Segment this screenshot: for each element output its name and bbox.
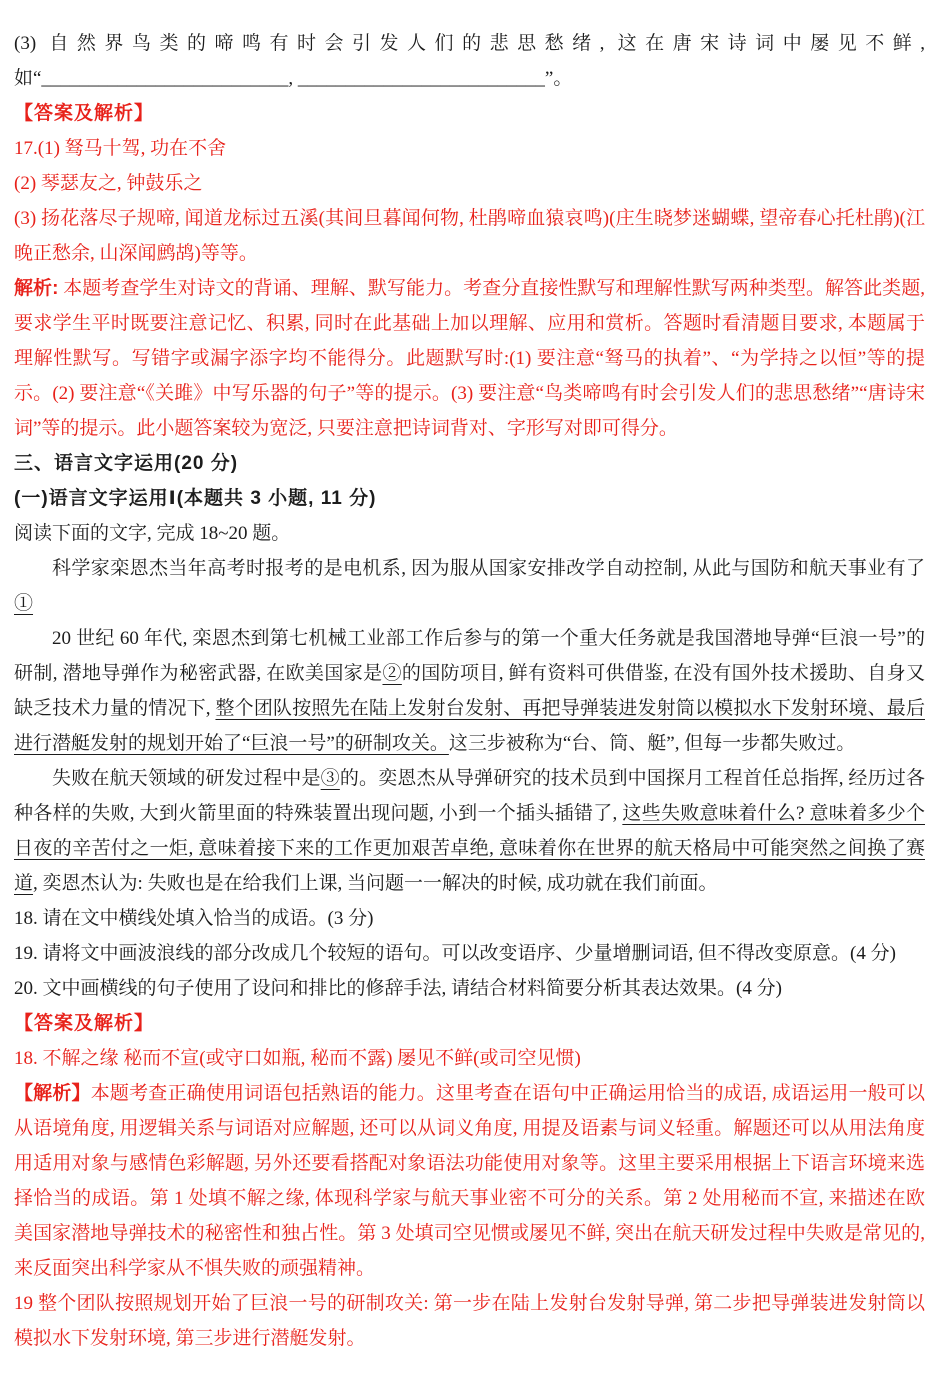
paragraph-17: 18. 不解之缘 秘而不宣(或守口如瓶, 秘而不露) 屡见不鲜(或司空见惯) xyxy=(14,1041,925,1076)
paragraph-4: (2) 琴瑟友之, 钟鼓乐之 xyxy=(14,166,925,201)
text-segment: (一)语言文字运用Ⅰ(本题共 3 小题, 11 分) xyxy=(14,488,376,509)
paragraph-5: (3) 扬花落尽子规啼, 闻道龙标过五溪(其间旦暮闻何物, 杜鹃啼血猿哀鸣)(庄… xyxy=(14,201,925,271)
paragraph-13: 18. 请在文中横线处填入恰当的成语。(3 分) xyxy=(14,901,925,936)
document-body: (3) 自然界鸟类的啼鸣有时会引发人们的悲思愁绪, 这在唐宋诗词中屡见不鲜, 如… xyxy=(14,26,925,1356)
text-segment: 解析: xyxy=(14,278,58,299)
text-segment: (3) 自然界鸟类的啼鸣有时会引发人们的悲思愁绪, 这在唐宋诗词中屡见不鲜, 如… xyxy=(14,33,925,89)
paragraph-2: 【答案及解析】 xyxy=(14,96,925,131)
text-segment: , 奕恩杰认为: 失败也是在给我们上课, 当问题一一解决的时候, 成功就在我们前… xyxy=(33,873,718,894)
underlined-text: ② xyxy=(382,663,401,684)
underlined-text: ③ xyxy=(321,768,340,789)
paragraph-16: 【答案及解析】 xyxy=(14,1006,925,1041)
text-segment: 19 整个团队按照规划开始了巨浪一号的研制攻关: 第一步在陆上发射台发射导弹, … xyxy=(14,1293,925,1349)
text-segment: 阅读下面的文字, 完成 18~20 题。 xyxy=(14,523,290,544)
paragraph-3: 17.(1) 驽马十驾, 功在不舍 xyxy=(14,131,925,166)
text-segment: 本题考查正确使用词语包括熟语的能力。这里考查在语句中正确运用恰当的成语, 成语运… xyxy=(14,1083,925,1279)
paragraph-1: (3) 自然界鸟类的啼鸣有时会引发人们的悲思愁绪, 这在唐宋诗词中屡见不鲜, 如… xyxy=(14,26,925,96)
text-segment: 17.(1) 驽马十驾, 功在不舍 xyxy=(14,138,226,159)
text-segment: 失败在航天领域的研发过程中是 xyxy=(52,768,321,789)
paragraph-7: 三、语言文字运用(20 分) xyxy=(14,446,925,481)
underlined-text: ① xyxy=(14,593,33,614)
text-segment: (2) 琴瑟友之, 钟鼓乐之 xyxy=(14,173,202,194)
text-segment: 这三步被称为“台、筒、艇”, 但每一步都失败过。 xyxy=(449,733,855,754)
paragraph-10: 科学家栾恩杰当年高考时报考的是电机系, 因为服从国家安排改学自动控制, 从此与国… xyxy=(14,551,925,621)
text-segment: (3) 扬花落尽子规啼, 闻道龙标过五溪(其间旦暮闻何物, 杜鹃啼血猿哀鸣)(庄… xyxy=(14,208,925,264)
text-segment: 18. 不解之缘 秘而不宣(或守口如瓶, 秘而不露) 屡见不鲜(或司空见惯) xyxy=(14,1048,581,1069)
text-segment: 18. 请在文中横线处填入恰当的成语。(3 分) xyxy=(14,908,373,929)
paragraph-6: 解析: 本题考查学生对诗文的背诵、理解、默写能力。考查分直接性默写和理解性默写两… xyxy=(14,271,925,446)
document-page: (3) 自然界鸟类的啼鸣有时会引发人们的悲思愁绪, 这在唐宋诗词中屡见不鲜, 如… xyxy=(0,0,939,1376)
text-segment: 20. 文中画横线的句子使用了设问和排比的修辞手法, 请结合材料简要分析其表达效… xyxy=(14,978,782,999)
paragraph-18: 【解析】本题考查正确使用词语包括熟语的能力。这里考查在语句中正确运用恰当的成语,… xyxy=(14,1076,925,1286)
text-segment: 【答案及解析】 xyxy=(14,1013,154,1034)
text-segment: 19. 请将文中画波浪线的部分改成几个较短的语句。可以改变语序、少量增删词语, … xyxy=(14,943,896,964)
text-segment: 本题考查学生对诗文的背诵、理解、默写能力。考查分直接性默写和理解性默写两种类型。… xyxy=(14,278,925,439)
paragraph-11: 20 世纪 60 年代, 栾恩杰到第七机械工业部工作后参与的第一个重大任务就是我… xyxy=(14,621,925,761)
paragraph-12: 失败在航天领域的研发过程中是③的。奕恩杰从导弹研究的技术员到中国探月工程首任总指… xyxy=(14,761,925,901)
paragraph-8: (一)语言文字运用Ⅰ(本题共 3 小题, 11 分) xyxy=(14,481,925,516)
paragraph-19: 19 整个团队按照规划开始了巨浪一号的研制攻关: 第一步在陆上发射台发射导弹, … xyxy=(14,1286,925,1356)
paragraph-14: 19. 请将文中画波浪线的部分改成几个较短的语句。可以改变语序、少量增删词语, … xyxy=(14,936,925,971)
text-segment: 科学家栾恩杰当年高考时报考的是电机系, 因为服从国家安排改学自动控制, 从此与国… xyxy=(52,558,925,579)
paragraph-9: 阅读下面的文字, 完成 18~20 题。 xyxy=(14,516,925,551)
text-segment: 三、语言文字运用(20 分) xyxy=(14,453,238,474)
paragraph-15: 20. 文中画横线的句子使用了设问和排比的修辞手法, 请结合材料简要分析其表达效… xyxy=(14,971,925,1006)
text-segment: 【解析】 xyxy=(14,1083,91,1104)
text-segment: 【答案及解析】 xyxy=(14,103,154,124)
